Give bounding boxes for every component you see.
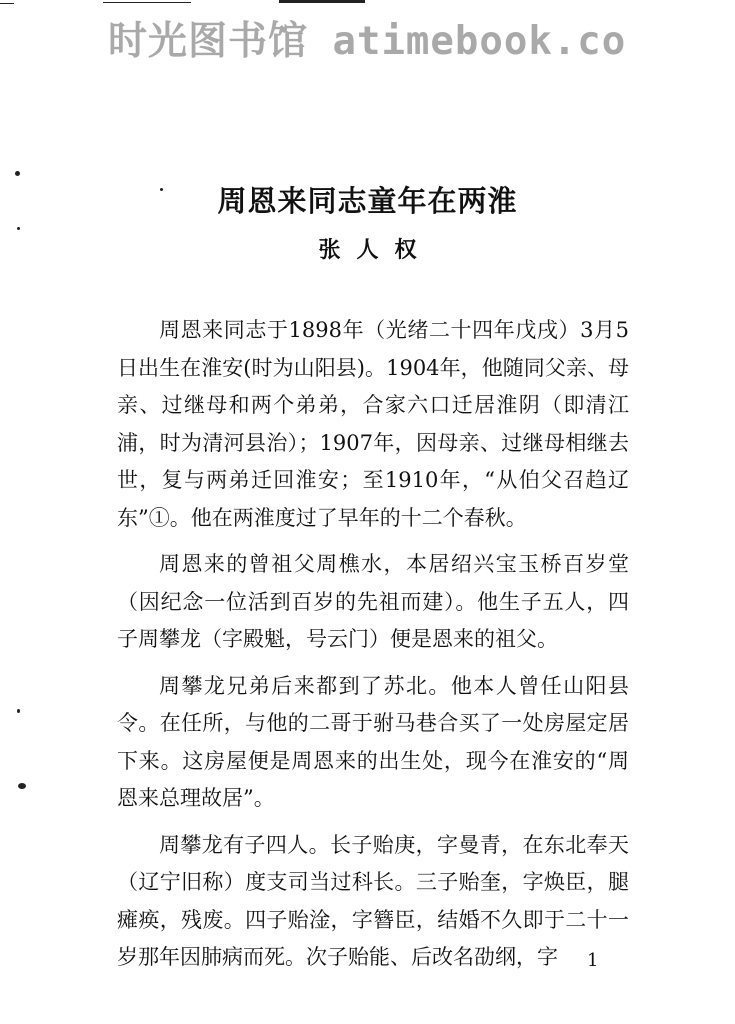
article-body: 周恩来同志于1898年（光绪二十四年戊戌）3月5日出生在淮安(时为山阳县)。19… <box>117 312 629 986</box>
paragraph: 周恩来的曾祖父周樵水，本居绍兴宝玉桥百岁堂（因纪念一位活到百岁的先祖而建）。他生… <box>117 546 629 659</box>
margin-speck <box>18 783 26 789</box>
margin-speck <box>15 171 20 176</box>
watermark: 时光图书馆 atimebook.co <box>108 10 626 66</box>
paragraph: 周攀龙兄弟后来都到了苏北。他本人曾任山阳县令。在任所，与他的二哥于驸马巷合买了一… <box>117 668 629 818</box>
scan-line-2 <box>103 2 191 3</box>
scan-line-1 <box>0 3 14 4</box>
scan-line-3 <box>279 0 365 3</box>
paragraph: 周攀龙有子四人。长子贻庚，字曼青，在东北奉天（辽宁旧称）度支司当过科长。三子贻奎… <box>117 827 629 977</box>
article-author: 张人权 <box>0 233 735 264</box>
article-title: 周恩来同志童年在两淮 <box>0 179 735 220</box>
page-number: 1 <box>587 950 598 971</box>
margin-speck <box>17 709 20 713</box>
paragraph: 周恩来同志于1898年（光绪二十四年戊戌）3月5日出生在淮安(时为山阳县)。19… <box>117 312 629 537</box>
margin-speck <box>17 227 20 230</box>
